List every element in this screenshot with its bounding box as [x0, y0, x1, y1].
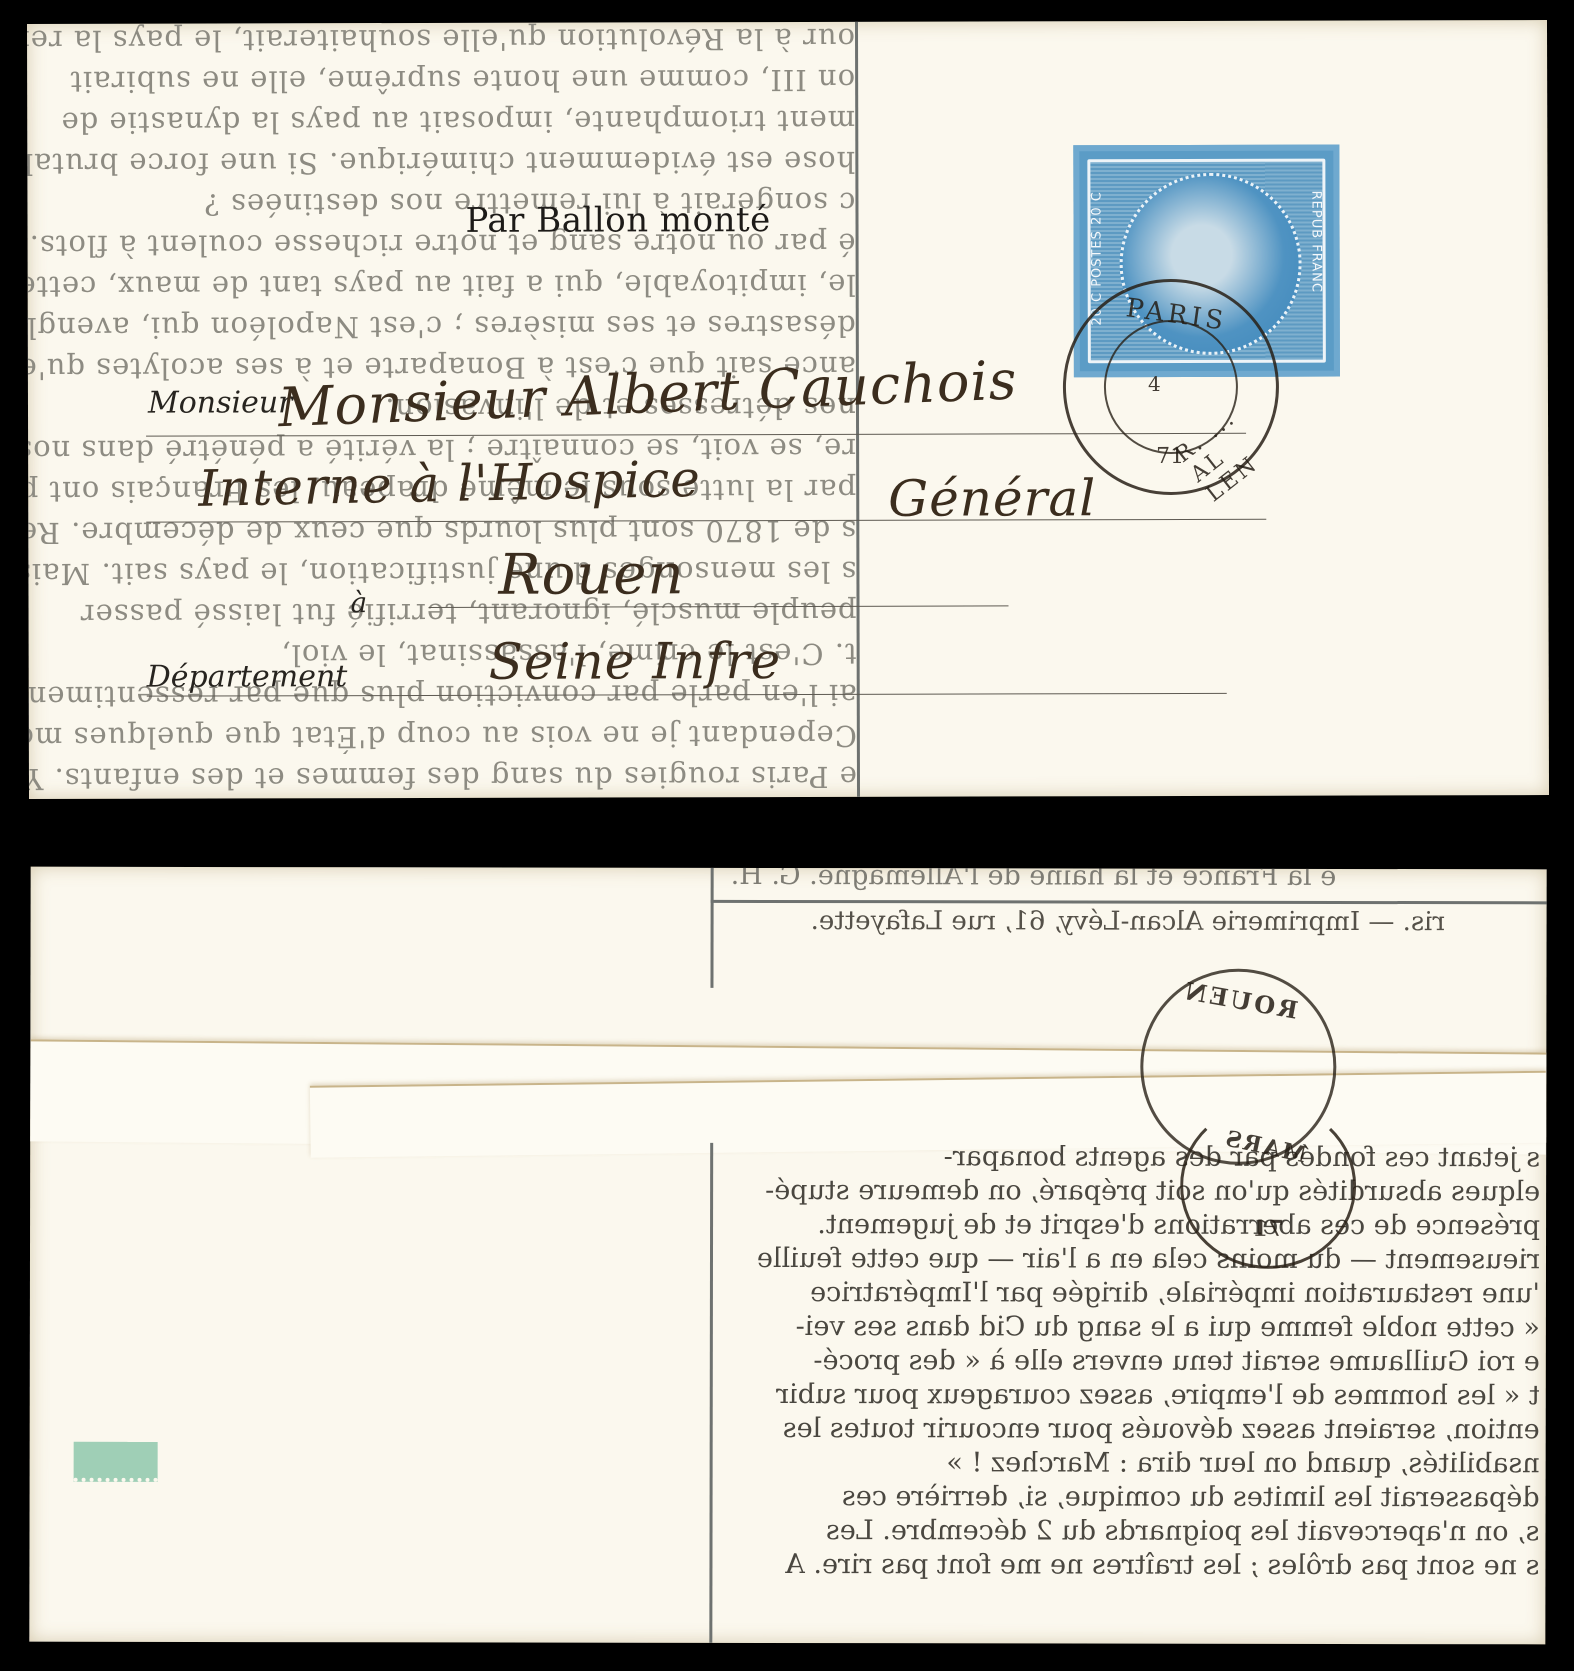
newsprint-back: s jetant ces fondés par des agents bonap…: [709, 1140, 1540, 1641]
newsprint-line: s jetant ces fondés par des agents bonap…: [710, 1140, 1540, 1175]
newsprint-line: t « les hommes de l'empire, assez courag…: [710, 1378, 1540, 1413]
postmark-year: 71: [1253, 1216, 1284, 1242]
newsprint-line: s de 1870 sont plus lourds que ceux de d…: [28, 510, 856, 553]
newsprint-line: 'une restauration impériale, dirigée par…: [710, 1276, 1540, 1311]
stamp-country: REPUB FRANC: [1308, 191, 1323, 293]
back-header-text: e la France et la haine de l'Allemagne. …: [731, 867, 1337, 892]
newsprint-line: ention, seraient assez dévoués pour enco…: [710, 1412, 1540, 1447]
newsprint-line: hose est évidemment chimérique. Si une f…: [27, 141, 855, 184]
newsprint-line: s, on n'apercevait les poignards du 2 dé…: [709, 1514, 1539, 1549]
stamp-selvage: [74, 1442, 158, 1482]
handwritten-institution: Interne à l'Hospice: [198, 450, 702, 518]
newsprint-line: ment triomphante, imposait au pays la dy…: [27, 100, 855, 143]
handwritten-department: Seine Infre: [489, 632, 782, 691]
newsprint-line: elques absurdités qu'on soit préparé, on…: [710, 1174, 1540, 1209]
newsprint-line: e Paris rougies du sang des femmes et de…: [29, 756, 857, 799]
newsprint-line: rieusement — du moins cela en a l'air — …: [710, 1242, 1540, 1277]
postmark-year: 71: [1156, 444, 1184, 469]
postmark-month: MARS: [1221, 1125, 1308, 1168]
ballon-monte-cachet: Par Ballon monté: [465, 200, 770, 241]
handwritten-city: Rouen: [498, 542, 684, 607]
newsprint-line: nsabilités, quand on leur dira : Marchez…: [710, 1446, 1540, 1481]
newsprint-line: e roi Guillaume serait tenu envers elle …: [710, 1344, 1540, 1379]
newsprint-line: s les mensonges d'une justification, le …: [28, 551, 856, 594]
rouen-postmark-bottom: MARS 71: [1180, 1103, 1356, 1269]
cover-back: e la France et la haine de l'Allemagne. …: [29, 867, 1546, 1645]
label-department: Département: [147, 659, 348, 695]
newsprint-line: désastres et ses misères ; c'est Napoléo…: [28, 305, 856, 348]
newsprint-line: s ne sont pas drôles ; les traîtres ne m…: [709, 1548, 1539, 1583]
newsprint-line: peuple musclé, ignorant, terrifié fut la…: [28, 592, 856, 635]
label-addressee: Monsieur: [148, 385, 293, 420]
back-header-rule: [711, 900, 1547, 904]
newsprint-line: « cette noble femme qui a le sang du Cid…: [710, 1310, 1540, 1345]
newsprint-line: présence de ces aberrations d'esprit et …: [710, 1208, 1540, 1243]
postmark-city: ROUEN: [1180, 976, 1300, 1025]
newsprint-line: le, impitoyable, qui a fait au pays tant…: [28, 264, 856, 307]
newsprint-line: Cependant je ne vois au coup d'État que …: [29, 715, 857, 758]
back-column-rule-top: [710, 868, 713, 988]
newsprint-line: our à la Révolution qu'elle souhaiterait…: [27, 22, 855, 61]
cover-front: e Paris rougies du sang des femmes et de…: [27, 20, 1549, 799]
newsprint-line: on III, comme une honte suprême, elle ne…: [27, 59, 855, 102]
newsprint-line: dépasserait les limites du comique, si, …: [710, 1480, 1540, 1515]
postmark-date: 4: [1148, 372, 1161, 396]
handwritten-institution-2: Général: [888, 469, 1096, 528]
printer-imprint: ris. — Imprimerie Alcan-Lévy, 61, rue La…: [811, 906, 1445, 937]
paris-postmark: PARIS 4 R. ... AL LEN 71: [1063, 279, 1280, 496]
label-to: à: [350, 586, 367, 619]
